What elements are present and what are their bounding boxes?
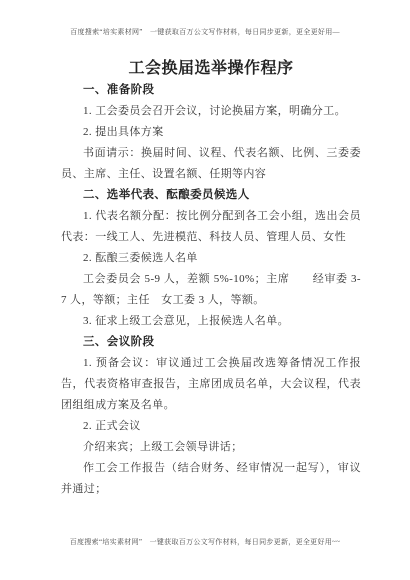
document-page: 百度搜索“培实素材网” 一键获取百万公文写作材料，每日同步更新，更全更好用— 工… bbox=[0, 0, 410, 580]
header-watermark-note: 百度搜索“培实素材网” 一键获取百万公文写作材料，每日同步更新，更全更好用— bbox=[0, 27, 410, 37]
paragraph: 书面请示：换届时间、议程、代表名额、比例、三委委员、主席、主任、设置名额、任期等… bbox=[61, 143, 361, 185]
section-heading: 二、选举代表、酝酿委员候选人 bbox=[61, 185, 361, 206]
paragraph: 2. 酝酿三委候选人名单 bbox=[61, 248, 361, 269]
section-heading: 一、准备阶段 bbox=[61, 80, 361, 101]
paragraph: 1. 代表名额分配：按比例分配到各工会小组，选出会员代表：一线工人、先进模范、科… bbox=[61, 206, 361, 248]
section-heading: 三、会议阶段 bbox=[61, 332, 361, 353]
paragraph: 3. 征求上级工会意见，上报候选人名单。 bbox=[61, 311, 361, 332]
document-body: 一、准备阶段1. 工会委员会召开会议，讨论换届方案，明确分工。2. 提出具体方案… bbox=[61, 80, 361, 500]
paragraph: 作工会工作报告（结合财务、经审情况一起写），审议并通过； bbox=[61, 458, 361, 500]
paragraph: 工会委员会 5-9 人，差额 5%-10%；主席 经审委 3-7 人，等额；主任… bbox=[61, 269, 361, 311]
paragraph: 介绍来宾；上级工会领导讲话； bbox=[61, 437, 361, 458]
paragraph: 2. 提出具体方案 bbox=[61, 122, 361, 143]
footer-watermark-note: 百度搜索“培实素材网” 一键获取百万公文写作材料，每日同步更新，更全更好用~~ bbox=[0, 537, 410, 547]
paragraph: 1. 预备会议：审议通过工会换届改选筹备情况工作报告，代表资格审查报告，主席团成… bbox=[61, 353, 361, 416]
paragraph: 2. 正式会议 bbox=[61, 416, 361, 437]
paragraph: 1. 工会委员会召开会议，讨论换届方案，明确分工。 bbox=[61, 101, 361, 122]
document-title: 工会换届选举操作程序 bbox=[61, 55, 361, 78]
